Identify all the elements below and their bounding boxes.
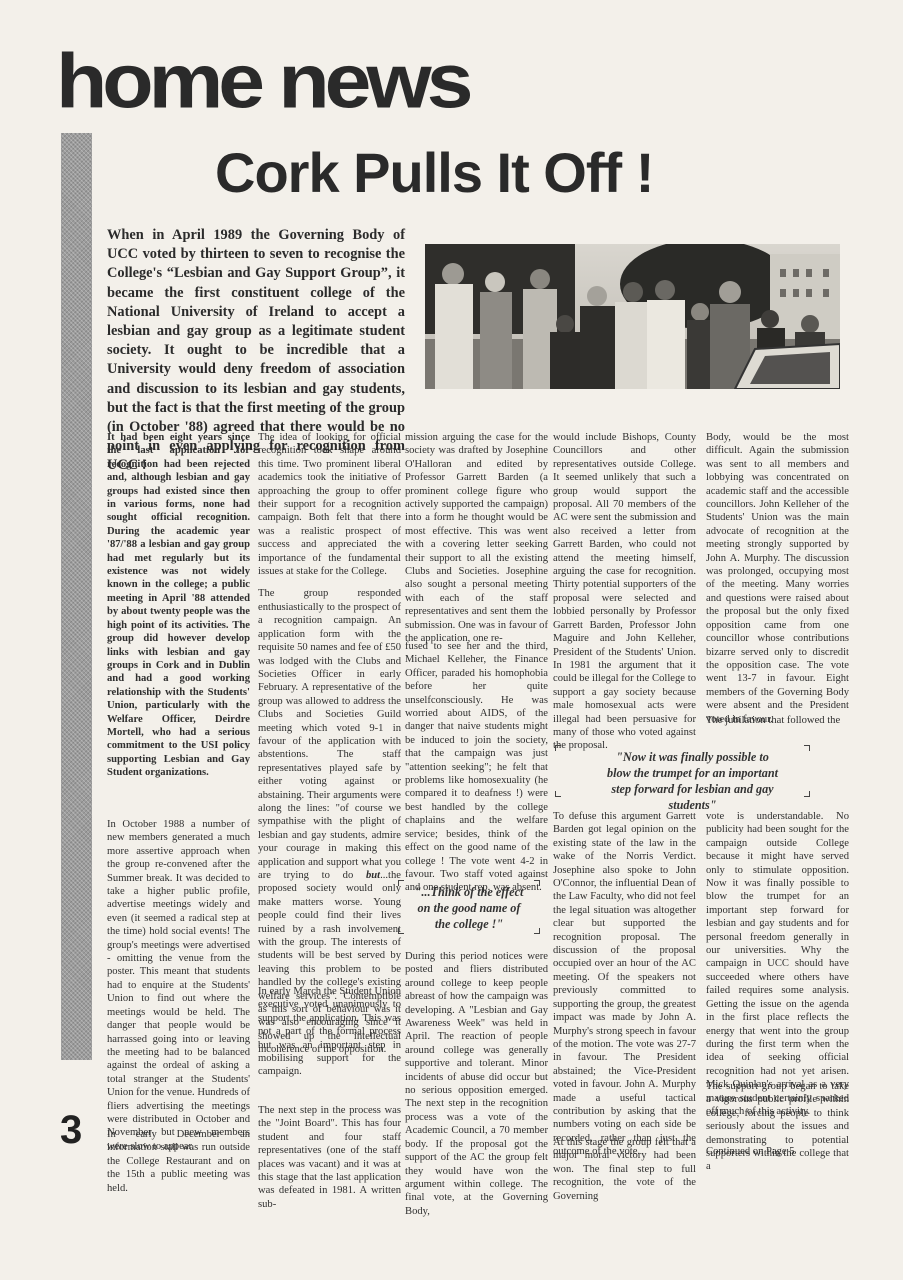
newspaper-page: home news Cork Pulls It Off ! When in Ap… xyxy=(0,0,903,1280)
continued-on-link: Continued on Page 5 xyxy=(706,1146,795,1157)
paragraph: To defuse this argument Garrett Barden g… xyxy=(553,810,696,1159)
paragraph: mission arguing the case for the society… xyxy=(405,431,548,646)
corner-mark xyxy=(534,928,540,934)
pull-quote-text: "...Think of the effect on the good name… xyxy=(398,880,540,932)
pull-quote-1: "...Think of the effect on the good name… xyxy=(398,880,540,934)
crowd-photo xyxy=(425,244,840,389)
article-column-3: mission arguing the case for the society… xyxy=(405,431,548,655)
pull-quote-2: "Now it was finally possible to blow the… xyxy=(555,745,810,797)
article-column-5: Body, would be the most difficult. Again… xyxy=(706,431,849,735)
corner-mark xyxy=(804,745,810,751)
headline: Cork Pulls It Off ! xyxy=(215,138,653,208)
paragraph: Body, would be the most difficult. Again… xyxy=(706,431,849,726)
article-column-4: would include Bishops, County Councillor… xyxy=(553,431,696,762)
paragraph: It had been eight years since the last a… xyxy=(107,431,250,780)
paragraph: The next step in the process was the "Jo… xyxy=(258,1104,401,1211)
paragraph: would include Bishops, County Councillor… xyxy=(553,431,696,753)
corner-mark xyxy=(555,745,561,751)
paragraph: In early March the Student Union executi… xyxy=(258,985,401,1079)
page-number: 3 xyxy=(60,1110,82,1150)
paragraph: During this period notices were posted a… xyxy=(405,950,548,1218)
paragraph: The idea of looking for official recogni… xyxy=(258,431,401,578)
corner-mark xyxy=(398,880,404,886)
paragraph: fused to see her and the third, Michael … xyxy=(405,640,548,895)
photo-image xyxy=(425,244,840,389)
paragraph: In early December an information stall w… xyxy=(107,1128,250,1195)
paragraph: In October 1988 a number of new members … xyxy=(107,818,250,1153)
paragraph: The jubilation that followed the xyxy=(706,714,849,727)
pull-quote-text: "Now it was finally possible to blow the… xyxy=(555,745,810,813)
corner-mark xyxy=(534,880,540,886)
paragraph-text: The group responded enthusiastically to … xyxy=(258,588,401,881)
corner-mark xyxy=(398,928,404,934)
article-column-1: It had been eight years since the last a… xyxy=(107,431,250,789)
paragraph: At this stage the group felt that a majo… xyxy=(553,1136,696,1203)
section-title: home news xyxy=(56,44,468,118)
article-column-2: The idea of looking for official recogni… xyxy=(258,431,401,1066)
decorative-side-bar xyxy=(61,133,92,1060)
emphasis-text: but xyxy=(366,870,380,881)
paragraph: vote is understandable. No publicity had… xyxy=(706,810,849,1118)
corner-mark xyxy=(555,791,561,797)
corner-mark xyxy=(804,791,810,797)
paragraph: The support group began to take a vigoro… xyxy=(706,1080,849,1174)
